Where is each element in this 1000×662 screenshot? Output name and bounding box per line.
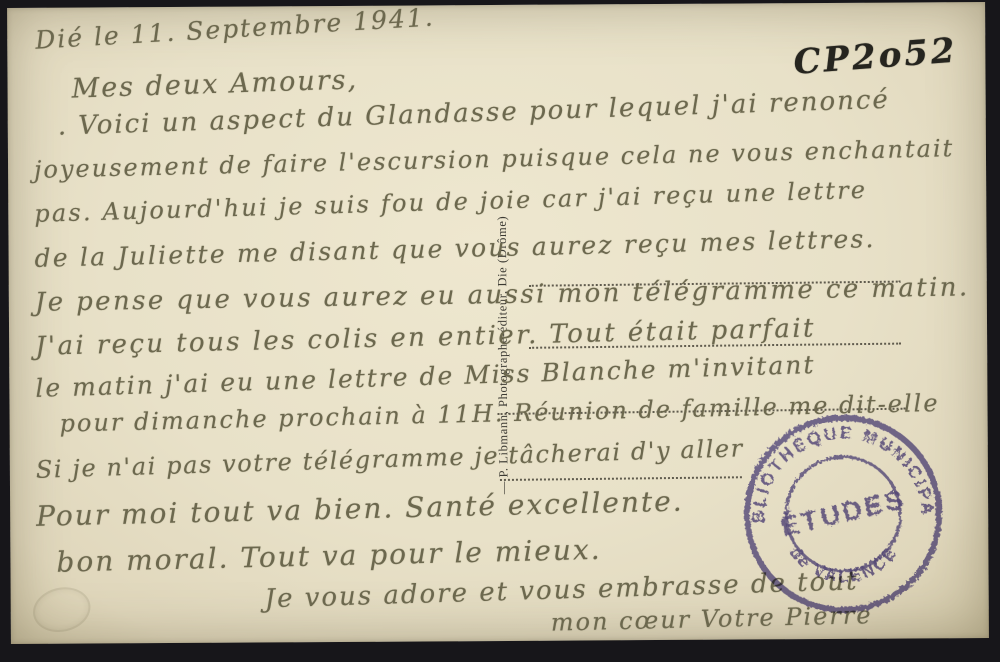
handwritten-salutation: Mes deux Amours,	[71, 64, 358, 104]
stamp-center-text: ÉTUDES	[778, 483, 909, 543]
dotted-rule	[500, 476, 742, 481]
handwritten-line: bon moral. Tout va pour le mieux.	[56, 533, 602, 579]
handwritten-line: pas. Aujourd'hui je suis fou de joie car…	[34, 176, 868, 228]
handwritten-date: Dié le 11. Septembre 1941.	[34, 2, 435, 54]
handwritten-line: Pour moi tout va bien. Santé excellente.	[36, 485, 684, 533]
handwritten-line: de la Juliette me disant que vous aurez …	[34, 224, 876, 273]
photo-background: — P. Libmann, Photographe-éditeur, Die (…	[0, 0, 1000, 662]
inventory-number: CP2o52	[792, 31, 959, 83]
handwritten-line: Si je n'ai pas votre télégramme je tâche…	[35, 434, 744, 484]
postcard: — P. Libmann, Photographe-éditeur, Die (…	[7, 2, 989, 644]
library-stamp-icon: BIBLIOTHEQUE MUNICIPALE de VALENCE ÉTUDE…	[740, 408, 947, 615]
stamp-bottom-text: de VALENCE	[786, 542, 902, 586]
embossed-mark	[29, 582, 95, 637]
svg-text:de VALENCE: de VALENCE	[786, 542, 902, 586]
